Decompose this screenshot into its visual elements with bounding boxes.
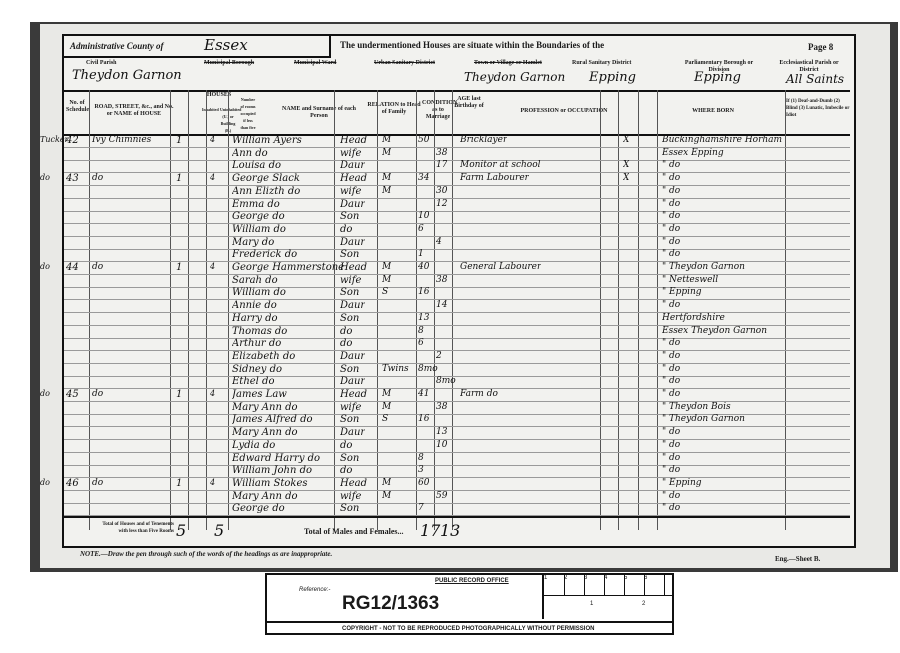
relation: Daur [340, 237, 365, 248]
relation: Son [340, 503, 359, 514]
where-born: " do [662, 224, 680, 234]
col-condition-header: CONDITION as to Marriage [422, 100, 454, 121]
table-row: Mary Ann dowifeM59" do [64, 491, 850, 504]
condition: M [382, 186, 391, 196]
age-male: 8mo [418, 364, 438, 374]
where-born: " do [662, 300, 680, 310]
condition: M [382, 478, 391, 488]
where-born: " do [662, 453, 680, 463]
table-row: Mary Ann dowifeM38" Theydon Bois [64, 402, 850, 415]
relation: Daur [340, 427, 365, 438]
age-female: 38 [436, 275, 447, 285]
person-name: William do [232, 224, 286, 235]
public-record-office: PUBLIC RECORD OFFICE [435, 578, 509, 584]
where-born: " do [662, 491, 680, 501]
schedule-number: 44 [66, 262, 79, 273]
ruler-inch-1: 1 [590, 601, 593, 607]
table-row: George doSon10" do [64, 211, 850, 224]
rooms-count: 4 [210, 135, 215, 144]
condition: S [382, 414, 388, 424]
relation: do [340, 465, 352, 476]
col-schedule-header: No. of Schedule [66, 100, 88, 114]
county-label: Administrative County of [70, 41, 164, 51]
ruler-tick: 3 [584, 575, 605, 595]
person-name: William do [232, 287, 286, 298]
col-houses-header: HOUSES [204, 92, 234, 99]
age-female: 10 [436, 440, 447, 450]
sheet-label: Eng.—Sheet B. [775, 555, 820, 563]
where-born: " do [662, 389, 680, 399]
civil-parish-label: Civil Parish [86, 60, 117, 67]
person-name: William John do [232, 465, 312, 476]
reference-label: Reference:- [299, 587, 330, 593]
relation: wife [340, 491, 361, 502]
relation: Daur [340, 199, 365, 210]
column-headers: No. of Schedule ROAD, STREET, &c., and N… [64, 90, 850, 136]
schedule-number: 43 [66, 173, 79, 184]
where-born: " do [662, 211, 680, 221]
age-male: 13 [418, 313, 429, 323]
table-row: do43do14George SlackHeadM34Farm Labourer… [64, 173, 850, 186]
age-female: 12 [436, 199, 447, 209]
occupation: General Labourer [460, 262, 541, 272]
col-relation-header: RELATION to Head of Family [366, 102, 422, 116]
person-name: Mary Ann do [232, 402, 298, 413]
person-name: Mary Ann do [232, 427, 298, 438]
rooms-count: 4 [210, 262, 215, 271]
table-row: Elizabeth doDaur2" do [64, 351, 850, 364]
table-row: Mary doDaur4" do [64, 237, 850, 250]
relation: Son [340, 211, 359, 222]
county-value: Essex [204, 36, 248, 54]
where-born: " Theydon Garnon [662, 414, 745, 424]
houses-inhabited: 1 [176, 478, 182, 489]
town-label: Town or Village or Hamlet [474, 60, 542, 67]
relation: Son [340, 364, 359, 375]
condition: M [382, 173, 391, 183]
person-name: Sidney do [232, 364, 282, 375]
ecclesiastical-value: All Saints [786, 72, 844, 86]
relation: Son [340, 414, 359, 425]
person-name: Thomas do [232, 326, 287, 337]
condition: M [382, 148, 391, 158]
person-name: Annie do [232, 300, 277, 311]
relation: wife [340, 148, 361, 159]
relation: Son [340, 249, 359, 260]
where-born: " Theydon Bois [662, 402, 731, 412]
age-female: 2 [436, 351, 442, 361]
table-row: do45do14James LawHeadM41Farm do" do [64, 389, 850, 402]
ruler-tick: 2 [564, 575, 585, 595]
where-born: " Netteswell [662, 275, 718, 285]
where-born: " do [662, 376, 680, 386]
condition: M [382, 135, 391, 145]
where-born: " do [662, 440, 680, 450]
where-born: Essex Epping [662, 148, 724, 158]
schedule-number: 46 [66, 478, 79, 489]
relation: Head [340, 262, 367, 273]
where-born: " do [662, 427, 680, 437]
person-name: Louisa do [232, 160, 281, 171]
relation: Head [340, 135, 367, 146]
relation: Daur [340, 351, 365, 362]
person-name: Ann Elizth do [232, 186, 300, 197]
where-born: " do [662, 173, 680, 183]
ruler-tick: 6 [644, 575, 665, 595]
footnote: NOTE.—Draw the pen through such of the w… [80, 550, 332, 558]
age-male: 41 [418, 389, 429, 399]
occupation: Bricklayer [460, 135, 507, 145]
col-occupation-header: PROFESSION or OCCUPATION [514, 108, 614, 115]
where-born: " do [662, 160, 680, 170]
table-row: Mary Ann doDaur13" do [64, 427, 850, 440]
where-born: " do [662, 237, 680, 247]
employed-mark: X [623, 160, 629, 170]
where-born: " Epping [662, 287, 702, 297]
rooms-count: 4 [210, 389, 215, 398]
table-row: Lydia dodo10" do [64, 440, 850, 453]
relation: Head [340, 173, 367, 184]
condition: M [382, 262, 391, 272]
person-name: Ann do [232, 148, 268, 159]
table-row: Emma doDaur12" do [64, 199, 850, 212]
table-row: William John dodo3" do [64, 465, 850, 478]
table-row: James Alfred doSonS16" Theydon Garnon [64, 414, 850, 427]
where-born: " do [662, 199, 680, 209]
ruler-cm: 1 2 3 4 5 6 [544, 575, 672, 596]
age-female: 38 [436, 402, 447, 412]
schedule-number: 45 [66, 389, 79, 400]
table-row: Ann dowifeM38Essex Epping [64, 148, 850, 161]
houses-total-label: Total of Houses and of Tenements with le… [92, 521, 174, 535]
age-female: 59 [436, 491, 447, 501]
relation: Head [340, 478, 367, 489]
age-female: 17 [436, 160, 447, 170]
table-row: Ethel doDaur8mo" do [64, 376, 850, 389]
person-name: James Law [232, 389, 287, 400]
where-born: " do [662, 364, 680, 374]
relation: Daur [340, 300, 365, 311]
rooms-count: 4 [210, 478, 215, 487]
col-road-header: ROAD, STREET, &c., and No. or NAME of HO… [94, 104, 174, 118]
occupation: Farm do [460, 389, 498, 399]
age-male: 6 [418, 338, 424, 348]
house-name: Ivy Chimnies [92, 135, 151, 145]
age-male: 60 [418, 478, 429, 488]
age-male: 7 [418, 503, 424, 513]
margin-note: do [40, 478, 50, 487]
person-name: William Stokes [232, 478, 308, 489]
where-born: " do [662, 186, 680, 196]
age-male: 16 [418, 414, 429, 424]
person-name: George Hammerstone [232, 262, 344, 273]
where-born: Essex Theydon Garnon [662, 326, 767, 336]
person-name: William Ayers [232, 135, 302, 146]
rural-sanitary-label: Rural Sanitary District [572, 60, 631, 67]
age-male: 1 [418, 249, 424, 259]
age-male: 40 [418, 262, 429, 272]
person-name: George do [232, 211, 285, 222]
age-male: 3 [418, 465, 424, 475]
person-name: George Slack [232, 173, 300, 184]
age-male: 50 [418, 135, 429, 145]
ruler-tick: 5 [624, 575, 645, 595]
relation: do [340, 326, 352, 337]
table-row: William doSonS16" Epping [64, 287, 850, 300]
where-born: " do [662, 465, 680, 475]
house-name: do [92, 478, 103, 488]
house-name: do [92, 262, 103, 272]
relation: do [340, 224, 352, 235]
ruler-inch-2: 2 [642, 601, 645, 607]
person-name: Elizabeth do [232, 351, 295, 362]
reference-code: RG12/1363 [342, 593, 439, 615]
person-name: Lydia do [232, 440, 275, 451]
house-name: do [92, 389, 103, 399]
parliamentary-value: Epping [694, 70, 741, 85]
rural-sanitary-value: Epping [589, 70, 636, 85]
table-row: Thomas dodo8Essex Theydon Garnon [64, 326, 850, 339]
page-number: Page 8 [808, 42, 833, 52]
rooms-count: 4 [210, 173, 215, 182]
relation: wife [340, 186, 361, 197]
ruler-tick: 1 [544, 575, 565, 595]
age-male: 16 [418, 287, 429, 297]
where-born: " do [662, 503, 680, 513]
person-name: George do [232, 503, 285, 514]
table-row: Sidney doSonTwins8mo" do [64, 364, 850, 377]
age-female: 13 [436, 427, 447, 437]
person-name: Harry do [232, 313, 278, 324]
relation: wife [340, 275, 361, 286]
margin-note: do [40, 262, 50, 271]
table-row: Edward Harry doSon8" do [64, 453, 850, 466]
houses-total-value: 5 [176, 521, 186, 540]
margin-note: Tucker [40, 135, 68, 144]
person-name: Arthur do [232, 338, 281, 349]
where-born: " Epping [662, 478, 702, 488]
municipal-ward-label: Municipal Ward [294, 60, 336, 67]
rooms-total-value: 5 [214, 521, 224, 540]
table-row: George doSon7" do [64, 503, 850, 516]
person-name: Ethel do [232, 376, 274, 387]
age-female: 38 [436, 148, 447, 158]
age-female: 14 [436, 300, 447, 310]
houses-inhabited: 1 [176, 173, 182, 184]
col-infirmity-header: If (1) Deaf-and-Dumb (2) Blind (3) Lunat… [786, 98, 850, 119]
where-born: " do [662, 338, 680, 348]
age-male: 34 [418, 173, 429, 183]
district-row: Civil Parish Theydon Garnon Municipal Bo… [64, 58, 850, 92]
table-row: Ann Elizth dowifeM30" do [64, 186, 850, 199]
employed-mark: X [623, 135, 629, 145]
age-male: 10 [418, 211, 429, 221]
relation: Son [340, 287, 359, 298]
totals-row: Total of Houses and of Tenements with le… [64, 516, 850, 544]
civil-parish-value: Theydon Garnon [72, 68, 182, 83]
condition: M [382, 389, 391, 399]
urban-sanitary-label: Urban Sanitary District [374, 60, 435, 67]
relation: Head [340, 389, 367, 400]
municipal-borough-label: Municipal Borough [204, 60, 254, 67]
relation: Daur [340, 376, 365, 387]
table-row: William dodo6" do [64, 224, 850, 237]
scale-ruler: 1 2 3 4 5 6 1 2 [542, 575, 672, 619]
relation: Daur [340, 160, 365, 171]
relation: wife [340, 402, 361, 413]
employed-mark: X [623, 173, 629, 183]
copyright-notice: COPYRIGHT - NOT TO BE REPRODUCED PHOTOGR… [267, 621, 672, 633]
age-female: 4 [436, 237, 442, 247]
table-row: Arthur dodo6" do [64, 338, 850, 351]
person-name: Frederick do [232, 249, 297, 260]
age-male: 8 [418, 453, 424, 463]
col-inhabited-header: Inhabited [202, 106, 216, 113]
col-age-header: AGE last Birthday of [452, 96, 486, 110]
ruler-tick: 4 [604, 575, 625, 595]
age-female: 30 [436, 186, 447, 196]
table-row: do46do14William StokesHeadM60" Epping [64, 478, 850, 491]
persons-total-label: Total of Males and Females... [304, 527, 403, 536]
where-born: " do [662, 249, 680, 259]
age-female: 8mo [436, 376, 456, 386]
females-total: 13 [440, 521, 460, 540]
where-born: Hertfordshire [662, 313, 725, 323]
condition: M [382, 491, 391, 501]
margin-note: do [40, 389, 50, 398]
age-male: 8 [418, 326, 424, 336]
males-total: 17 [420, 521, 440, 540]
relation: Son [340, 313, 359, 324]
county-box: Administrative County of Essex [64, 36, 331, 58]
where-born: Buckinghamshire Horham [662, 135, 782, 145]
condition: M [382, 275, 391, 285]
margin-note: do [40, 173, 50, 182]
house-name: do [92, 173, 103, 183]
table-row: Sarah dowifeM38" Netteswell [64, 275, 850, 288]
person-name: Emma do [232, 199, 280, 210]
col-rooms-header: Number of rooms occupied if less than fi… [240, 96, 256, 131]
relation: do [340, 440, 352, 451]
person-name: Sarah do [232, 275, 278, 286]
table-row: Louisa doDaur17Monitor at schoolX" do [64, 160, 850, 173]
person-name: Mary do [232, 237, 274, 248]
where-born: " do [662, 351, 680, 361]
col-name-header: NAME and Surname of each Person [274, 106, 364, 120]
town-value: Theydon Garnon [464, 70, 565, 84]
table-row: do44do14George HammerstoneHeadM40General… [64, 262, 850, 275]
person-name: James Alfred do [232, 414, 313, 425]
table-row: Frederick doSon1" do [64, 249, 850, 262]
col-where-born-header: WHERE BORN [658, 108, 768, 115]
schedule-number: 42 [66, 135, 79, 146]
houses-inhabited: 1 [176, 135, 182, 146]
houses-inhabited: 1 [176, 389, 182, 400]
table-row: Tucker42Ivy Chimnies14William AyersHeadM… [64, 135, 850, 148]
person-name: Edward Harry do [232, 453, 320, 464]
relation: Son [340, 453, 359, 464]
table-row: Annie doDaur14" do [64, 300, 850, 313]
where-born: " Theydon Garnon [662, 262, 745, 272]
occupation: Farm Labourer [460, 173, 529, 183]
relation: do [340, 338, 352, 349]
condition: M [382, 402, 391, 412]
boundaries-intro: The undermentioned Houses are situate wi… [340, 40, 604, 50]
person-name: Mary Ann do [232, 491, 298, 502]
reference-card: Reference:- PUBLIC RECORD OFFICE RG12/13… [265, 573, 674, 635]
condition: S [382, 287, 388, 297]
table-row: Harry doSon13Hertfordshire [64, 313, 850, 326]
houses-inhabited: 1 [176, 262, 182, 273]
age-male: 6 [418, 224, 424, 234]
occupation: Monitor at school [460, 160, 541, 170]
condition: Twins [382, 364, 409, 374]
